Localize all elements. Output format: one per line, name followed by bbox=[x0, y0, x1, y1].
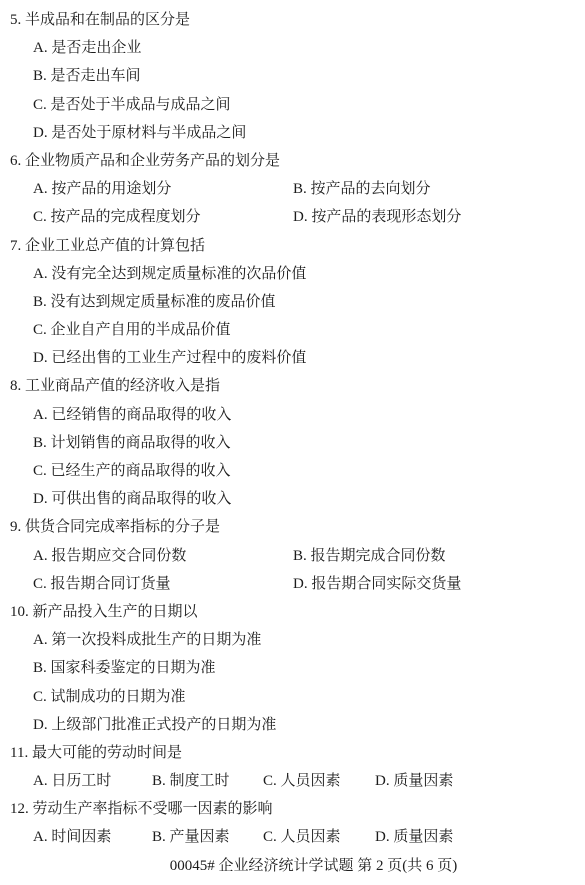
page-footer: 00045# 企业经济统计学试题 第 2 页(共 6 页) bbox=[0, 852, 585, 880]
option-c: C. 企业自产自用的半成品价值 bbox=[0, 316, 585, 344]
option-d: D. 按产品的表现形态划分 bbox=[293, 203, 585, 231]
option-b: B. 报告期完成合同份数 bbox=[293, 542, 585, 570]
option-b: B. 计划销售的商品取得的收入 bbox=[0, 429, 585, 457]
question-12: 12. 劳动生产率指标不受哪一因素的影响 A. 时间因素 B. 产量因素 C. … bbox=[0, 795, 585, 851]
option-d: D. 可供出售的商品取得的收入 bbox=[0, 485, 585, 513]
option-a: A. 时间因素 bbox=[33, 823, 152, 851]
question-text: 6. 企业物质产品和企业劳务产品的划分是 bbox=[0, 147, 585, 175]
option-b: B. 国家科委鉴定的日期为准 bbox=[0, 654, 585, 682]
option-c: C. 报告期合同订货量 bbox=[33, 570, 293, 598]
option-a: A. 第一次投料成批生产的日期为准 bbox=[0, 626, 585, 654]
options-list: A. 已经销售的商品取得的收入 B. 计划销售的商品取得的收入 C. 已经生产的… bbox=[0, 401, 585, 514]
question-10: 10. 新产品投入生产的日期以 A. 第一次投料成批生产的日期为准 B. 国家科… bbox=[0, 598, 585, 739]
option-d: D. 上级部门批准正式投产的日期为准 bbox=[0, 711, 585, 739]
option-b: B. 产量因素 bbox=[152, 823, 263, 851]
option-d: D. 报告期合同实际交货量 bbox=[293, 570, 585, 598]
options-list: A. 按产品的用途划分 B. 按产品的去向划分 C. 按产品的完成程度划分 D.… bbox=[0, 175, 585, 231]
option-b: B. 制度工时 bbox=[152, 767, 263, 795]
option-a: A. 已经销售的商品取得的收入 bbox=[0, 401, 585, 429]
question-7: 7. 企业工业总产值的计算包括 A. 没有完全达到规定质量标准的次品价值 B. … bbox=[0, 232, 585, 373]
option-a: A. 报告期应交合同份数 bbox=[33, 542, 293, 570]
options-list: A. 报告期应交合同份数 B. 报告期完成合同份数 C. 报告期合同订货量 D.… bbox=[0, 542, 585, 598]
option-d: D. 已经出售的工业生产过程中的废料价值 bbox=[0, 344, 585, 372]
question-text: 11. 最大可能的劳动时间是 bbox=[0, 739, 585, 767]
option-b: B. 是否走出车间 bbox=[0, 62, 585, 90]
option-d: D. 是否处于原材料与半成品之间 bbox=[0, 119, 585, 147]
options-list: A. 日历工时 B. 制度工时 C. 人员因素 D. 质量因素 bbox=[0, 767, 585, 795]
option-a: A. 按产品的用途划分 bbox=[33, 175, 293, 203]
option-a: A. 没有完全达到规定质量标准的次品价值 bbox=[0, 260, 585, 288]
option-b: B. 按产品的去向划分 bbox=[293, 175, 585, 203]
question-5: 5. 半成品和在制品的区分是 A. 是否走出企业 B. 是否走出车间 C. 是否… bbox=[0, 6, 585, 147]
question-6: 6. 企业物质产品和企业劳务产品的划分是 A. 按产品的用途划分 B. 按产品的… bbox=[0, 147, 585, 232]
options-list: A. 没有完全达到规定质量标准的次品价值 B. 没有达到规定质量标准的废品价值 … bbox=[0, 260, 585, 373]
question-9: 9. 供货合同完成率指标的分子是 A. 报告期应交合同份数 B. 报告期完成合同… bbox=[0, 513, 585, 598]
option-c: C. 按产品的完成程度划分 bbox=[33, 203, 293, 231]
option-d: D. 质量因素 bbox=[375, 823, 585, 851]
option-b: B. 没有达到规定质量标准的废品价值 bbox=[0, 288, 585, 316]
question-text: 5. 半成品和在制品的区分是 bbox=[0, 6, 585, 34]
exam-page: 5. 半成品和在制品的区分是 A. 是否走出企业 B. 是否走出车间 C. 是否… bbox=[0, 6, 585, 880]
question-text: 9. 供货合同完成率指标的分子是 bbox=[0, 513, 585, 541]
options-list: A. 时间因素 B. 产量因素 C. 人员因素 D. 质量因素 bbox=[0, 823, 585, 851]
option-c: C. 已经生产的商品取得的收入 bbox=[0, 457, 585, 485]
option-a: A. 是否走出企业 bbox=[0, 34, 585, 62]
options-list: A. 第一次投料成批生产的日期为准 B. 国家科委鉴定的日期为准 C. 试制成功… bbox=[0, 626, 585, 739]
option-c: C. 试制成功的日期为准 bbox=[0, 683, 585, 711]
option-d: D. 质量因素 bbox=[375, 767, 585, 795]
question-text: 10. 新产品投入生产的日期以 bbox=[0, 598, 585, 626]
option-c: C. 是否处于半成品与成品之间 bbox=[0, 91, 585, 119]
question-8: 8. 工业商品产值的经济收入是指 A. 已经销售的商品取得的收入 B. 计划销售… bbox=[0, 372, 585, 513]
question-text: 12. 劳动生产率指标不受哪一因素的影响 bbox=[0, 795, 585, 823]
option-a: A. 日历工时 bbox=[33, 767, 152, 795]
options-list: A. 是否走出企业 B. 是否走出车间 C. 是否处于半成品与成品之间 D. 是… bbox=[0, 34, 585, 147]
question-text: 8. 工业商品产值的经济收入是指 bbox=[0, 372, 585, 400]
question-11: 11. 最大可能的劳动时间是 A. 日历工时 B. 制度工时 C. 人员因素 D… bbox=[0, 739, 585, 795]
option-c: C. 人员因素 bbox=[263, 767, 375, 795]
option-c: C. 人员因素 bbox=[263, 823, 375, 851]
question-text: 7. 企业工业总产值的计算包括 bbox=[0, 232, 585, 260]
